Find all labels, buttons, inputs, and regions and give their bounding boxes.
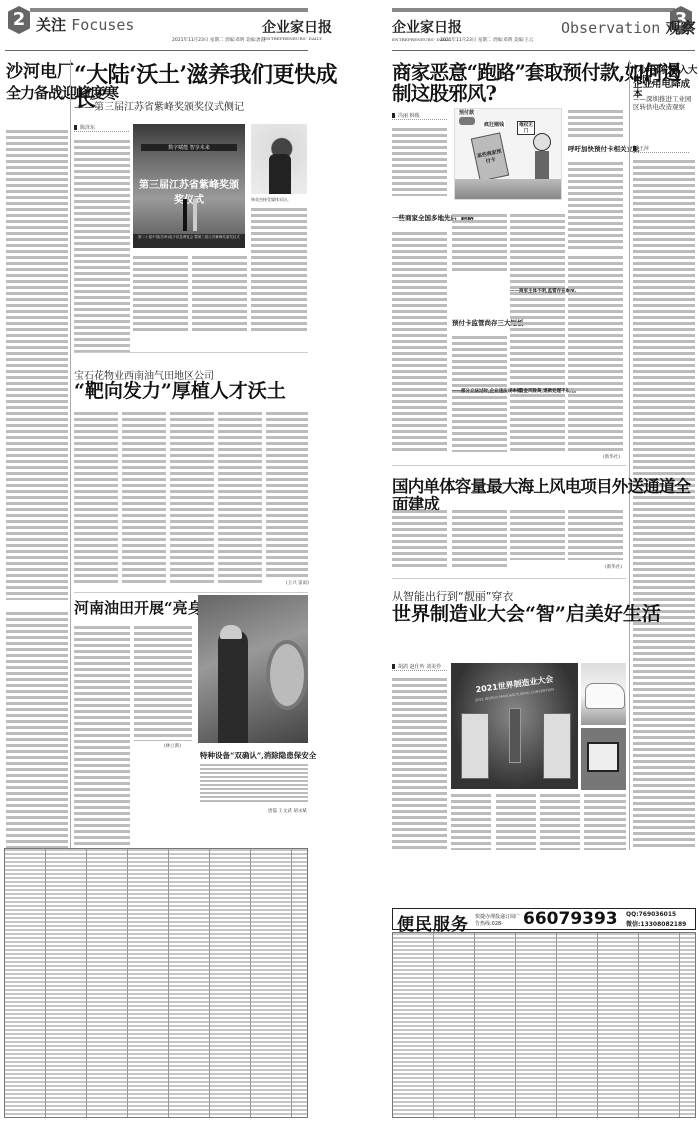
prepaid-byline: 冯丽 韩俊 — [392, 112, 447, 120]
dalu-byline: 陈泽东 — [74, 124, 129, 132]
equipment-signature: 唐磊 王文武 胡永斌 — [268, 808, 307, 814]
hardhat — [220, 625, 242, 639]
presenter-figure — [193, 199, 197, 231]
equipment-headline: 特种设备“双确认”,消除隐患保安全 — [200, 752, 316, 760]
service-banner: 便民服务 快捷办理投递订阅广告热线:028- 66079393 QQ:76903… — [392, 908, 696, 930]
masthead-english: ENTREPRENEURS' DAILY — [264, 36, 322, 41]
photo-stage-text: 第三届江苏省紫峰奖颁奖仪式 — [137, 176, 241, 206]
dalu-subheadline: ——第三届江苏省紫峰奖颁奖仪式侧记 — [74, 98, 244, 113]
section-title-en: Focuses — [71, 16, 134, 34]
prepaid-cartoon: 预付款 某些商家预付卡 疯狂圈钱 维权无门 — [454, 108, 562, 200]
henan-signature: (林立新) — [164, 743, 181, 749]
masthead-logo: 企业家日报 — [262, 17, 332, 37]
consumer-head — [533, 133, 551, 151]
shahe-body-text-2 — [6, 612, 68, 850]
oilfield-workers-photo — [198, 595, 308, 743]
exhibit-panel — [543, 713, 571, 779]
prepaid-signature: (新华社) — [603, 454, 620, 460]
offshore-body-col3 — [510, 510, 565, 560]
wmc-body-col2 — [451, 794, 491, 850]
dalu-body-col3 — [133, 256, 188, 334]
wmc-body-col3 — [496, 794, 536, 850]
exhibit-panel — [461, 713, 489, 779]
service-qq: QQ:769036015 — [626, 911, 676, 918]
baoshihua-body-col1 — [74, 412, 118, 584]
section-title-cn: 观察 — [666, 19, 696, 37]
wmc-headline: 世界制造业大会“智”启美好生活 — [392, 604, 661, 625]
consumer-body — [535, 151, 549, 179]
section-title-cn: 关注 — [36, 16, 66, 34]
top-rule — [392, 8, 675, 12]
award-ceremony-photo: 数字赋能 智享未来 第三届江苏省紫峰奖颁奖仪式 第二十届中国(苏州)电子信息博览… — [133, 124, 245, 248]
article-separator — [74, 592, 308, 593]
shahe-body-text — [6, 130, 68, 600]
article-separator — [392, 465, 626, 466]
henan-body-col1 — [74, 626, 130, 846]
offshore-body-col2 — [452, 510, 507, 570]
prepaid-body-col1 — [392, 128, 447, 196]
section-title: 关注 Focuses — [36, 14, 134, 35]
smallgrid-subheadline: ——深圳推进工业园区转供电改造观察 — [633, 95, 695, 112]
baoshihua-body-col3 — [170, 412, 214, 584]
section-title: Observation 观察 — [561, 17, 696, 38]
column-rule — [70, 60, 71, 850]
wmc-body-col5 — [584, 794, 626, 850]
dalu-body-col1 — [74, 140, 130, 355]
cartoon-label: 疯狂圈钱 — [483, 121, 505, 128]
classified-ads-block — [4, 848, 308, 1118]
prepaid-body-col2 — [452, 214, 507, 274]
protest-sign: 维权无门 — [517, 121, 535, 135]
money-stack-icon — [459, 117, 475, 125]
header-rule — [5, 50, 308, 51]
wmc-exhibition-photo: 2021世界制造业大会 2021 WORLD MANUFACTURING CON… — [451, 663, 578, 789]
car-photo — [581, 663, 626, 725]
page-number-badge: 2 — [8, 6, 30, 34]
article-separator — [74, 352, 308, 353]
newspaper-page-2: 2 关注 Focuses 企业家日报 ENTREPRENEURS' DAILY … — [0, 0, 350, 1126]
presenter-figure — [183, 199, 187, 231]
prepaid-body-col3-top — [568, 110, 623, 138]
dalu-body-col4 — [192, 256, 247, 334]
offshore-body-col1 — [392, 510, 447, 570]
photo-top-banner: 数字赋能 智享未来 — [141, 144, 237, 151]
shahe-headline-1: 沙河电厂 — [6, 63, 74, 82]
person-silhouette — [269, 154, 291, 194]
dateline: 2021年11月23日 星期二 责编:邓明 美编:王云 — [440, 37, 533, 43]
prepaid-card-character: 某些商家预付卡 — [471, 132, 509, 181]
wmc-body-col1 — [392, 678, 447, 850]
service-phone-number: 66079393 — [523, 909, 618, 929]
wmc-kicker: 从智能出行到“靓丽”穿衣 — [392, 588, 513, 604]
prepaid-body-col4 — [510, 214, 565, 452]
baoshihua-headline: “靶向发力”厚植人才沃土 — [74, 381, 286, 402]
offshore-signature: (新华社) — [605, 564, 622, 570]
baoshihua-body-col4 — [218, 412, 262, 584]
baoshihua-body-col2 — [122, 412, 166, 584]
prepaid-body-col1b — [392, 232, 447, 452]
offshore-body-col4 — [568, 510, 623, 560]
worker-figure — [218, 630, 248, 743]
offshore-headline: 国内单体容量最大海上风电项目外送通道全面建成 — [392, 478, 699, 514]
article-separator — [392, 578, 626, 579]
interviewee-caption: 林英杰接受媒体采访。 — [251, 197, 291, 203]
photo-bottom-banner: 第二十届中国(苏州)电子信息博览会 暨第三届江苏紫峰奖颁奖仪式 — [133, 234, 245, 248]
service-banner-label: 快捷办理投递订阅广告热线:028- — [475, 913, 521, 927]
top-rule — [30, 8, 308, 12]
column-rule — [629, 60, 630, 850]
newspaper-page-3: 3 企业家日报 ENTREPRENEURS' DAILY 2021年11月23日… — [350, 0, 699, 1126]
classified-ads-block — [392, 932, 696, 1118]
service-wechat: 微信:13308082189 — [626, 919, 686, 928]
wmc-byline: 胡鸽 赵仕吟 刘美伶 — [392, 663, 447, 671]
dashboard-screen — [587, 742, 619, 772]
city-skyline — [455, 179, 561, 199]
valve-wheel — [266, 640, 308, 710]
dateline: 2021年11月23日 星期二 责编:邓明 美编:唐霞 — [172, 37, 265, 43]
cartoon-label: 预付款 — [459, 109, 474, 116]
baoshihua-body-col5 — [266, 412, 308, 577]
smallgrid-byline: 王萍 — [633, 145, 689, 153]
henan-body-col2 — [134, 626, 192, 741]
car-screen-photo — [581, 728, 626, 790]
interviewee-photo — [251, 124, 307, 194]
car-body — [585, 683, 625, 709]
wmc-body-col4 — [540, 794, 580, 850]
prepaid-body-col3 — [568, 162, 623, 252]
prepaid-body-col5 — [568, 256, 623, 452]
header-rule — [392, 50, 695, 51]
dalu-body-col5 — [251, 208, 307, 334]
masthead-logo: 企业家日报 — [392, 17, 462, 37]
baoshihua-signature: (王兴 雷雨) — [286, 580, 309, 586]
exhibit-tower — [509, 708, 521, 763]
section-title-en: Observation — [561, 19, 660, 37]
equipment-body-text — [200, 764, 308, 804]
